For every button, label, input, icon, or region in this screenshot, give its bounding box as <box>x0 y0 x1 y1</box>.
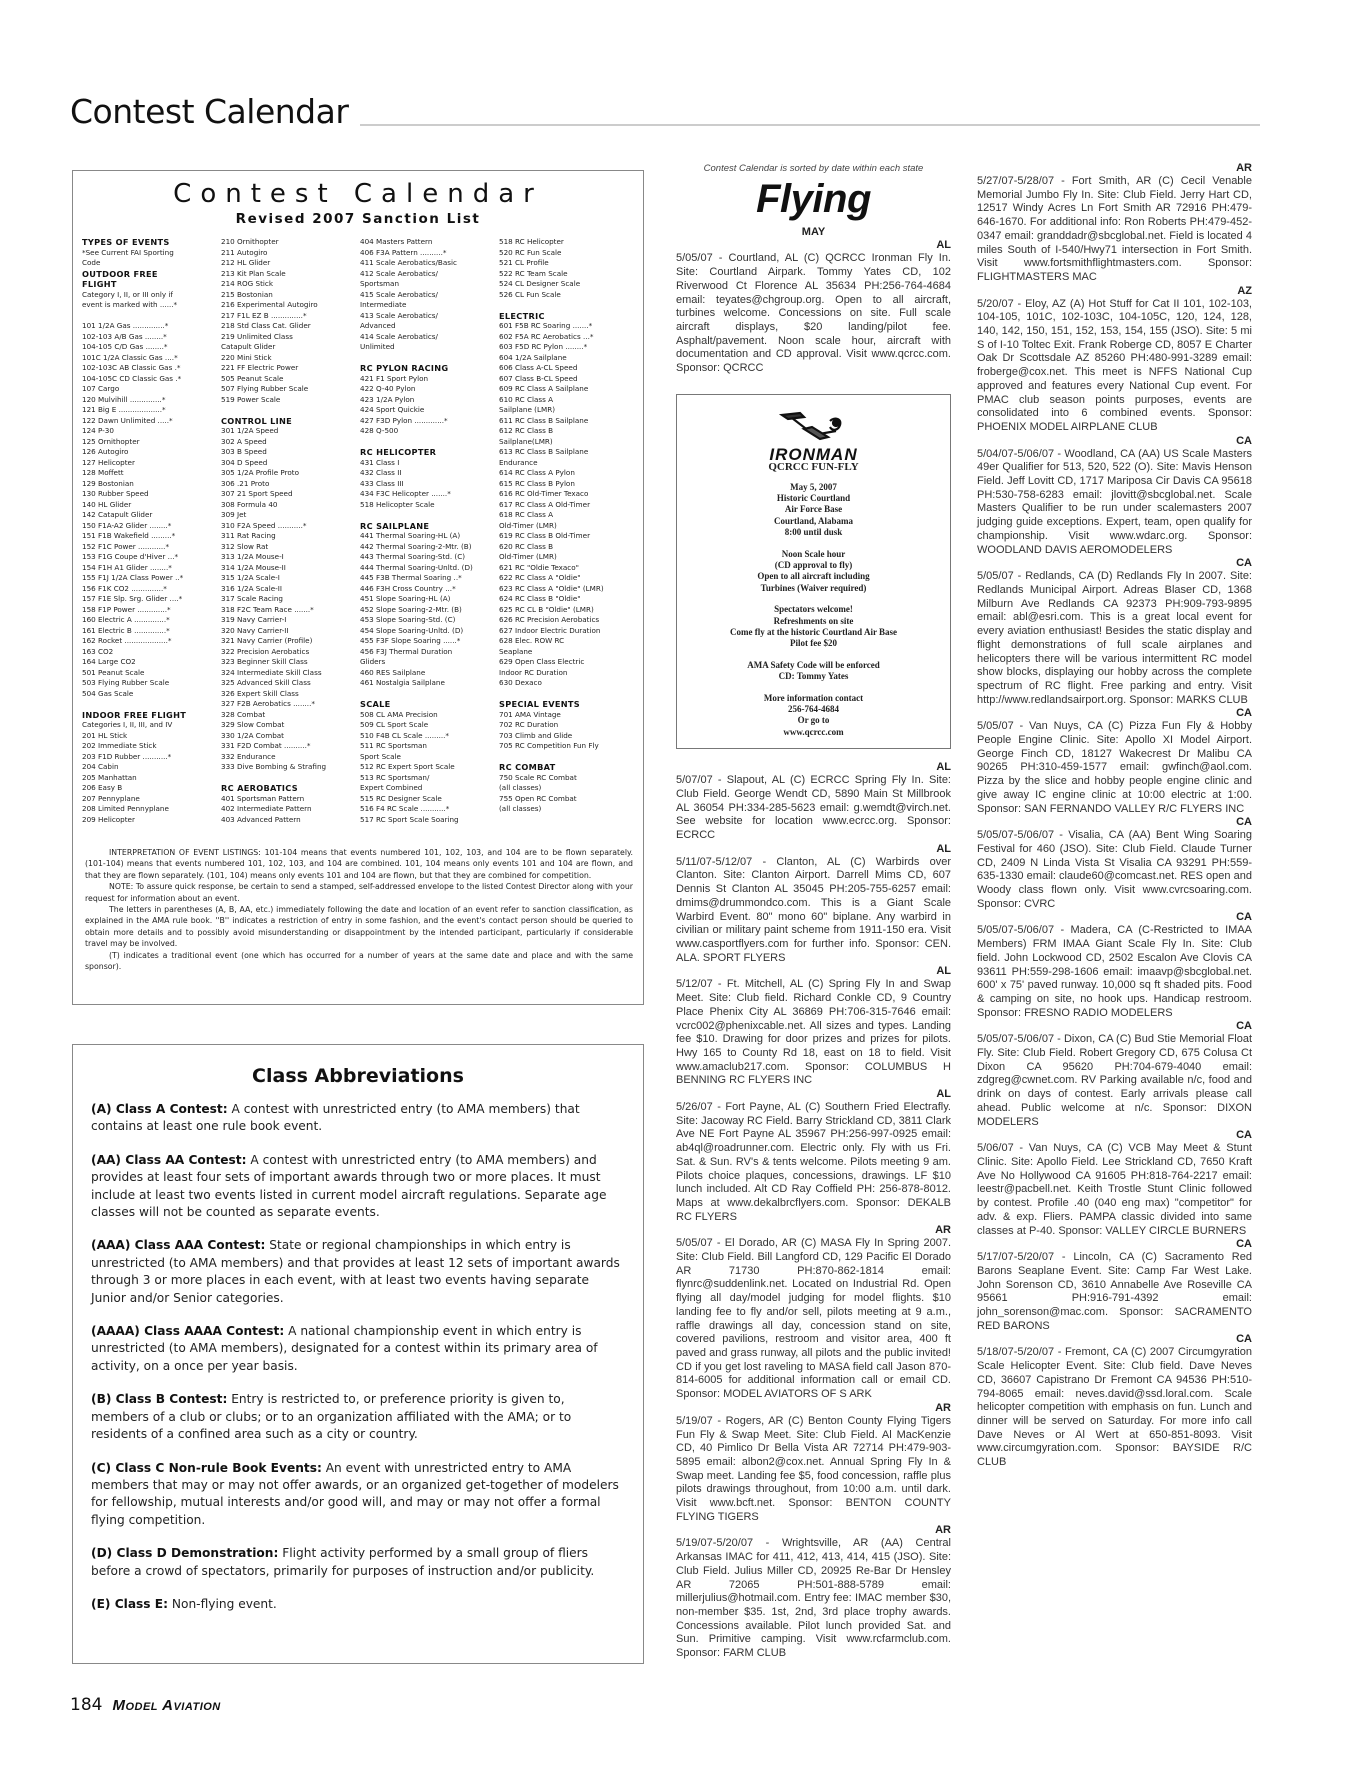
event-item: 217 F1L EZ B ..............* <box>221 311 356 322</box>
event-item: Unlimited <box>360 342 495 353</box>
ad-line: 256-764-4684 <box>683 704 944 715</box>
class-abbreviations-title: Class Abbreviations <box>91 1065 625 1087</box>
class-term: (C) Class C Non-rule Book Events: <box>91 1461 322 1475</box>
event-item: Sailplane(LMR) <box>499 437 634 448</box>
event-item: 156 F1K CO2 ..............* <box>82 584 217 595</box>
event-category-heading: RC AEROBATICS <box>221 783 356 794</box>
event-item: 203 F1D Rubber ...........* <box>82 752 217 763</box>
state-label: CA <box>977 816 1252 829</box>
event-item: 331 F2D Combat ..........* <box>221 741 356 752</box>
page-footer: 184 Model Aviation <box>70 1695 221 1715</box>
event-item: 305 1/2A Profile Proto <box>221 468 356 479</box>
event-item: 512 RC Expert Sport Scale <box>360 762 495 773</box>
event-item: 501 Peanut Scale <box>82 668 217 679</box>
sanction-column: 518 RC Helicopter520 RC Fun Scale521 CL … <box>499 237 638 825</box>
event-item: 615 RC Class B Pylon <box>499 479 634 490</box>
event-item: 316 1/2A Scale-II <box>221 584 356 595</box>
event-item: 319 Navy Carrier-I <box>221 615 356 626</box>
event-item: 427 F3D Pylon .............* <box>360 416 495 427</box>
contest-listing: 5/05/07 - Van Nuys, CA (C) Pizza Fun Fly… <box>977 720 1252 816</box>
event-item: (all classes) <box>499 804 634 815</box>
event-item: Sailplane (LMR) <box>499 405 634 416</box>
ad-line: Courtland, Alabama <box>683 516 944 527</box>
listings-column-middle: Contest Calendar is sorted by date withi… <box>676 162 951 1661</box>
event-item: 607 Class B-CL Speed <box>499 374 634 385</box>
event-item: Old-Timer (LMR) <box>499 552 634 563</box>
event-item: 213 Kit Plan Scale <box>221 269 356 280</box>
state-label: AR <box>977 162 1252 175</box>
event-item: 524 CL Designer Scale <box>499 279 634 290</box>
event-item: Intermediate <box>360 300 495 311</box>
event-item: 454 Slope Soaring-Unltd. (D) <box>360 626 495 637</box>
event-item: 122 Dawn Unlimited .....* <box>82 416 217 427</box>
event-item: 309 Jet <box>221 510 356 521</box>
event-item: 628 Elec. ROW RC <box>499 636 634 647</box>
ad-block: May 5, 2007Historic CourtlandAir Force B… <box>683 482 944 539</box>
contest-listing: 5/07/07 - Slapout, AL (C) ECRCC Spring F… <box>676 774 951 843</box>
event-item: 140 HL Glider <box>82 500 217 511</box>
event-item: 215 Bostonian <box>221 290 356 301</box>
event-category-heading: RC SAILPLANE <box>360 521 495 532</box>
sanction-list-box: Contest Calendar Revised 2007 Sanction L… <box>72 170 644 1005</box>
event-item: 453 Slope Soaring-Std. (C) <box>360 615 495 626</box>
spacer <box>499 300 634 311</box>
state-label: AL <box>676 843 951 856</box>
page-title: Contest Calendar <box>70 92 348 131</box>
event-item: 442 Thermal Soaring-2-Mtr. (B) <box>360 542 495 553</box>
event-item: 627 Indoor Electric Duration <box>499 626 634 637</box>
event-item: 330 1/2A Combat <box>221 731 356 742</box>
class-definition: (E) Class E: Non-flying event. <box>91 1596 625 1613</box>
event-item: 327 F2B Aerobatics ........* <box>221 699 356 710</box>
event-item: 412 Scale Aerobatics/ <box>360 269 495 280</box>
event-item: 510 F4B CL Scale .........* <box>360 731 495 742</box>
contest-listing: 5/06/07 - Van Nuys, CA (C) VCB May Meet … <box>977 1142 1252 1238</box>
contest-listing: 5/05/07 - Courtland, AL (C) QCRCC Ironma… <box>676 252 951 375</box>
class-term: (AA) Class AA Contest: <box>91 1153 247 1167</box>
event-item: 503 Flying Rubber Scale <box>82 678 217 689</box>
state-label: AL <box>676 239 951 252</box>
state-label: AL <box>676 761 951 774</box>
event-item: Expert Combined <box>360 783 495 794</box>
magazine-name: Model Aviation <box>112 1697 220 1714</box>
ad-line: CD: Tommy Yates <box>683 671 944 682</box>
event-item: 163 CO2 <box>82 647 217 658</box>
spacer <box>221 773 356 784</box>
event-item: 606 Class A-CL Speed <box>499 363 634 374</box>
class-definition: (AAA) Class AAA Contest: State or region… <box>91 1237 625 1307</box>
contest-listing: 5/19/07-5/20/07 - Wrightsville, AR (AA) … <box>676 1537 951 1660</box>
event-item: 212 HL Glider <box>221 258 356 269</box>
event-item: 102-103 A/B Gas ........* <box>82 332 217 343</box>
state-label: CA <box>977 1020 1252 1033</box>
event-item: 155 F1J 1/2A Class Power ..* <box>82 573 217 584</box>
event-category-heading: SPECIAL EVENTS <box>499 699 634 710</box>
event-item: 705 RC Competition Fun Fly <box>499 741 634 752</box>
event-item: 446 F3H Cross Country ...* <box>360 584 495 595</box>
event-item: 211 Autogiro <box>221 248 356 259</box>
event-item: Gliders <box>360 657 495 668</box>
event-item: 151 F1B Wakefield .........* <box>82 531 217 542</box>
airplane-icon <box>774 409 854 443</box>
event-item: 517 RC Sport Scale Soaring <box>360 815 495 826</box>
event-item: 509 CL Sport Scale <box>360 720 495 731</box>
event-item: 164 Large CO2 <box>82 657 217 668</box>
event-item: 511 RC Sportsman <box>360 741 495 752</box>
event-item: 150 F1A-A2 Glider ........* <box>82 521 217 532</box>
contest-listing: 5/26/07 - Fort Payne, AL (C) Southern Fr… <box>676 1101 951 1224</box>
sorted-note: Contest Calendar is sorted by date withi… <box>676 162 951 176</box>
event-item: Catapult Glider <box>221 342 356 353</box>
ironman-ad: IRONMAN QCRCC FUN-FLY May 5, 2007Histori… <box>676 394 951 750</box>
event-category-heading: ELECTRIC <box>499 311 634 322</box>
spacer <box>360 353 495 364</box>
event-item: 326 Expert Skill Class <box>221 689 356 700</box>
ad-line: Or go to <box>683 715 944 726</box>
event-item: 415 Scale Aerobatics/ <box>360 290 495 301</box>
spacer <box>360 437 495 448</box>
event-item: 452 Slope Soaring-2-Mtr. (B) <box>360 605 495 616</box>
event-item: 602 F5A RC Aerobatics ...* <box>499 332 634 343</box>
sanction-column: TYPES OF EVENTS*See Current FAI Sporting… <box>82 237 221 825</box>
event-category-heading: OUTDOOR FREE <box>82 269 217 280</box>
class-term: (D) Class D Demonstration: <box>91 1546 278 1560</box>
sanction-list-title: Contest Calendar <box>73 179 643 209</box>
event-item: 519 Power Scale <box>221 395 356 406</box>
ad-line: Turbines (Waiver required) <box>683 583 944 594</box>
ad-title: IRONMAN <box>683 449 944 460</box>
state-label: AR <box>676 1224 951 1237</box>
event-item: 625 RC CL B "Oldie" (LMR) <box>499 605 634 616</box>
event-item: 413 Scale Aerobatics/ <box>360 311 495 322</box>
section-title: Flying <box>676 176 951 222</box>
event-item: 161 Electric B ..............* <box>82 626 217 637</box>
class-abbreviations-list: (A) Class A Contest: A contest with unre… <box>91 1101 625 1613</box>
event-item: Seaplane <box>499 647 634 658</box>
event-item: 101C 1/2A Classic Gas ....* <box>82 353 217 364</box>
class-description: Non-flying event. <box>168 1597 277 1611</box>
event-item: 124 P-30 <box>82 426 217 437</box>
event-item: 321 Navy Carrier (Profile) <box>221 636 356 647</box>
event-item: 515 RC Designer Scale <box>360 794 495 805</box>
event-item: 206 Easy B <box>82 783 217 794</box>
spacer <box>499 752 634 763</box>
ad-block: Noon Scale hour(CD approval to fly)Open … <box>683 549 944 595</box>
event-item: 505 Peanut Scale <box>221 374 356 385</box>
event-item: 220 Mini Stick <box>221 353 356 364</box>
event-item: Sportsman <box>360 279 495 290</box>
event-item: 302 A Speed <box>221 437 356 448</box>
event-item: 320 Navy Carrier-II <box>221 626 356 637</box>
event-item: 219 Unlimited Class <box>221 332 356 343</box>
event-item: 609 RC Class A Sailplane <box>499 384 634 395</box>
event-item: 504 Gas Scale <box>82 689 217 700</box>
class-definition: (A) Class A Contest: A contest with unre… <box>91 1101 625 1136</box>
contest-listing: 5/05/07-5/06/07 - Visalia, CA (AA) Bent … <box>977 829 1252 911</box>
event-item: 604 1/2A Sailplane <box>499 353 634 364</box>
class-term: (E) Class E: <box>91 1597 168 1611</box>
event-item: Indoor RC Duration <box>499 668 634 679</box>
state-label: AR <box>676 1524 951 1537</box>
event-item: 623 RC Class A "Oldie" (LMR) <box>499 584 634 595</box>
event-item: 204 Cabin <box>82 762 217 773</box>
note-paragraph: NOTE: To assure quick response, be certa… <box>85 881 633 904</box>
state-label: AZ <box>977 285 1252 298</box>
event-item: 304 D Speed <box>221 458 356 469</box>
ad-line: Refreshments on site <box>683 616 944 627</box>
ad-line: AMA Safety Code will be enforced <box>683 660 944 671</box>
state-label: CA <box>977 911 1252 924</box>
event-item: 406 F3A Pattern ..........* <box>360 248 495 259</box>
event-item: 317 Scale Racing <box>221 594 356 605</box>
class-definition: (AA) Class AA Contest: A contest with un… <box>91 1152 625 1222</box>
state-label: CA <box>977 1129 1252 1142</box>
class-term: (A) Class A Contest: <box>91 1102 228 1116</box>
event-item: 518 RC Helicopter <box>499 237 634 248</box>
class-definition: (B) Class B Contest: Entry is restricted… <box>91 1391 625 1443</box>
page-number: 184 <box>70 1695 102 1715</box>
ad-line: Come fly at the historic Courtland Air B… <box>683 627 944 638</box>
event-item: 455 F3F Slope Soaring ......* <box>360 636 495 647</box>
contest-listing: 5/18/07-5/20/07 - Fremont, CA (C) 2007 C… <box>977 1346 1252 1469</box>
listings-column-right: AR5/27/07-5/28/07 - Fort Smith, AR (C) C… <box>977 162 1252 1470</box>
contest-listing: 5/20/07 - Eloy, AZ (A) Hot Stuff for Cat… <box>977 298 1252 435</box>
event-item: 516 F4 RC Scale ...........* <box>360 804 495 815</box>
contest-listing: 5/11/07-5/12/07 - Clanton, AL (C) Warbir… <box>676 856 951 966</box>
event-item: 629 Open Class Electric <box>499 657 634 668</box>
event-item: (all classes) <box>499 783 634 794</box>
sanction-list-columns: TYPES OF EVENTS*See Current FAI Sporting… <box>82 237 638 825</box>
event-item: 618 RC Class A <box>499 510 634 521</box>
event-item: 128 Moffett <box>82 468 217 479</box>
contest-listing: 5/05/07 - El Dorado, AR (C) MASA Fly In … <box>676 1237 951 1401</box>
contest-listing: 5/12/07 - Ft. Mitchell, AL (C) Spring Fl… <box>676 978 951 1088</box>
event-item: 201 HL Stick <box>82 731 217 742</box>
event-item: 630 Dexaco <box>499 678 634 689</box>
class-term: (AAAA) Class AAAA Contest: <box>91 1324 284 1338</box>
event-item: 614 RC Class A Pylon <box>499 468 634 479</box>
ad-block: Spectators welcome!Refreshments on siteC… <box>683 604 944 650</box>
ad-line: (CD approval to fly) <box>683 560 944 571</box>
event-item: 121 Big E ...................* <box>82 405 217 416</box>
spacer <box>499 689 634 700</box>
event-item: 207 Pennyplane <box>82 794 217 805</box>
event-item: 520 RC Fun Scale <box>499 248 634 259</box>
event-item: 613 RC Class B Sailplane <box>499 447 634 458</box>
event-item: 703 Climb and Glide <box>499 731 634 742</box>
event-item: 428 Q-500 <box>360 426 495 437</box>
ad-line: Air Force Base <box>683 504 944 515</box>
contest-listing: 5/05/07-5/06/07 - Madera, CA (C-Restrict… <box>977 924 1252 1020</box>
event-item: 303 B Speed <box>221 447 356 458</box>
contest-listing: 5/27/07-5/28/07 - Fort Smith, AR (C) Cec… <box>977 175 1252 285</box>
ad-line: More information contact <box>683 693 944 704</box>
event-item: 626 RC Precision Aerobatics <box>499 615 634 626</box>
event-item: 403 Advanced Pattern <box>221 815 356 826</box>
event-item: 422 Q-40 Pylon <box>360 384 495 395</box>
ad-line: May 5, 2007 <box>683 482 944 493</box>
event-item: 616 RC Old-Timer Texaco <box>499 489 634 500</box>
event-item: 312 Slow Rat <box>221 542 356 553</box>
event-item: 205 Manhattan <box>82 773 217 784</box>
event-category-heading: CONTROL LINE <box>221 416 356 427</box>
event-item: 526 CL Fun Scale <box>499 290 634 301</box>
event-item: 423 1/2A Pylon <box>360 395 495 406</box>
event-item: 443 Thermal Soaring-Std. (C) <box>360 552 495 563</box>
event-item: 421 F1 Sport Pylon <box>360 374 495 385</box>
event-item: Code <box>82 258 217 269</box>
event-item: 411 Scale Aerobatics/Basic <box>360 258 495 269</box>
ad-line: www.qcrcc.com <box>683 727 944 738</box>
event-item: 620 RC Class B <box>499 542 634 553</box>
event-item: 310 F2A Speed ...........* <box>221 521 356 532</box>
event-item: 460 RES Sailplane <box>360 668 495 679</box>
event-item: 315 1/2A Scale-I <box>221 573 356 584</box>
spacer <box>221 405 356 416</box>
sanction-list-subtitle: Revised 2007 Sanction List <box>73 211 643 227</box>
month-heading: MAY <box>676 226 951 240</box>
event-item: 434 F3C Helicopter .......* <box>360 489 495 500</box>
traditional-paragraph: (T) indicates a traditional event (one w… <box>85 950 633 973</box>
event-item: 507 Flying Rubber Scale <box>221 384 356 395</box>
event-item: 311 Rat Racing <box>221 531 356 542</box>
event-item: 214 ROG Stick <box>221 279 356 290</box>
event-item: 306 .21 Proto <box>221 479 356 490</box>
event-item: 624 RC Class B "Oldie" <box>499 594 634 605</box>
event-item: 328 Combat <box>221 710 356 721</box>
state-label: CA <box>977 1333 1252 1346</box>
spacer <box>82 311 217 322</box>
event-item: 513 RC Sportsman/ <box>360 773 495 784</box>
event-item: *See Current FAI Sporting <box>82 248 217 259</box>
event-item: 210 Ornithopter <box>221 237 356 248</box>
event-item: 601 F5B RC Soaring .......* <box>499 321 634 332</box>
letters-paragraph: The letters in parentheses (A, B, AA, et… <box>85 904 633 950</box>
ad-line: Pilot fee $20 <box>683 638 944 649</box>
spacer <box>360 689 495 700</box>
event-item: 433 Class III <box>360 479 495 490</box>
event-item: 702 RC Duration <box>499 720 634 731</box>
event-item: event is marked with ......* <box>82 300 217 311</box>
event-category-heading: SCALE <box>360 699 495 710</box>
ad-line: Historic Courtland <box>683 493 944 504</box>
event-item: 129 Bostonian <box>82 479 217 490</box>
event-item: Endurance <box>499 458 634 469</box>
event-item: 104-105C CD Classic Gas .* <box>82 374 217 385</box>
contest-listing: 5/04/07-5/06/07 - Woodland, CA (AA) US S… <box>977 448 1252 558</box>
state-label: CA <box>977 707 1252 720</box>
state-label: AL <box>676 1088 951 1101</box>
event-item: 424 Sport Quickie <box>360 405 495 416</box>
event-item: 104-105 C/D Gas ........* <box>82 342 217 353</box>
event-item: 402 Intermediate Pattern <box>221 804 356 815</box>
state-label: CA <box>977 435 1252 448</box>
event-item: 333 Dive Bombing & Strafing <box>221 762 356 773</box>
event-category-heading: RC COMBAT <box>499 762 634 773</box>
event-category-heading: RC HELICOPTER <box>360 447 495 458</box>
interpretation-paragraph: INTERPRETATION OF EVENT LISTINGS: 101-10… <box>85 847 633 881</box>
contest-listing: 5/19/07 - Rogers, AR (C) Benton County F… <box>676 1415 951 1525</box>
ad-subtitle: QCRCC FUN-FLY <box>683 462 944 473</box>
event-item: 521 CL Profile <box>499 258 634 269</box>
event-item: 209 Helicopter <box>82 815 217 826</box>
event-item: 401 Sportsman Pattern <box>221 794 356 805</box>
event-item: 755 Open RC Combat <box>499 794 634 805</box>
event-item: 508 CL AMA Precision <box>360 710 495 721</box>
class-definition: (AAAA) Class AAAA Contest: A national ch… <box>91 1323 625 1375</box>
contest-listing: 5/05/07 - Redlands, CA (D) Redlands Fly … <box>977 570 1252 707</box>
event-item: 610 RC Class A <box>499 395 634 406</box>
class-term: (B) Class B Contest: <box>91 1392 227 1406</box>
ad-line: Open to all aircraft including <box>683 571 944 582</box>
event-item: 619 RC Class B Old-Timer <box>499 531 634 542</box>
event-item: 750 Scale RC Combat <box>499 773 634 784</box>
event-item: 441 Thermal Soaring-HL (A) <box>360 531 495 542</box>
event-item: 329 Slow Combat <box>221 720 356 731</box>
event-item: 325 Advanced Skill Class <box>221 678 356 689</box>
event-item: 102-103C AB Classic Gas .* <box>82 363 217 374</box>
event-item: 404 Masters Pattern <box>360 237 495 248</box>
state-label: AR <box>676 1402 951 1415</box>
listing-group: AL5/07/07 - Slapout, AL (C) ECRCC Spring… <box>676 761 951 1660</box>
event-item: Category I, II, or III only if <box>82 290 217 301</box>
event-category-heading: INDOOR FREE FLIGHT <box>82 710 217 721</box>
ad-line: Spectators welcome! <box>683 604 944 615</box>
event-item: 431 Class I <box>360 458 495 469</box>
state-label: AL <box>676 965 951 978</box>
ad-block: AMA Safety Code will be enforcedCD: Tomm… <box>683 660 944 683</box>
event-item: 444 Thermal Soaring-Unltd. (D) <box>360 563 495 574</box>
title-divider <box>360 124 1260 126</box>
event-item: 142 Catapult Glider <box>82 510 217 521</box>
event-item: 617 RC Class A Old-Timer <box>499 500 634 511</box>
event-item: 152 F1C Power ............* <box>82 542 217 553</box>
event-item: 621 RC "Oldie Texaco" <box>499 563 634 574</box>
class-term: (AAA) Class AAA Contest: <box>91 1238 265 1252</box>
event-item: 101 1/2A Gas ..............* <box>82 321 217 332</box>
event-item: 127 Helicopter <box>82 458 217 469</box>
event-item: 120 Mulvihill ..............* <box>82 395 217 406</box>
event-item: 126 Autogiro <box>82 447 217 458</box>
event-item: Old-Timer (LMR) <box>499 521 634 532</box>
event-item: Sport Scale <box>360 752 495 763</box>
event-item: 332 Endurance <box>221 752 356 763</box>
event-item: 461 Nostalgia Sailplane <box>360 678 495 689</box>
event-item: 612 RC Class B <box>499 426 634 437</box>
event-item: 432 Class II <box>360 468 495 479</box>
event-item: 158 F1P Power .............* <box>82 605 217 616</box>
event-item: 157 F1E Slp. Srg. Glider ....* <box>82 594 217 605</box>
event-item: 314 1/2A Mouse-II <box>221 563 356 574</box>
class-definition: (C) Class C Non-rule Book Events: An eve… <box>91 1460 625 1530</box>
contest-listing: 5/05/07-5/06/07 - Dixon, CA (C) Bud Stie… <box>977 1033 1252 1129</box>
event-item: 451 Slope Soaring-HL (A) <box>360 594 495 605</box>
sanction-column: 210 Ornithopter211 Autogiro212 HL Glider… <box>221 237 360 825</box>
event-item: 522 RC Team Scale <box>499 269 634 280</box>
event-item: 202 Immediate Stick <box>82 741 217 752</box>
event-item: 603 F5D RC Pylon ........* <box>499 342 634 353</box>
class-definition: (D) Class D Demonstration: Flight activi… <box>91 1545 625 1580</box>
class-abbreviations-box: Class Abbreviations (A) Class A Contest:… <box>72 1044 644 1664</box>
event-item: Categories I, II, III, and IV <box>82 720 217 731</box>
ad-block: More information contact256-764-4684Or g… <box>683 693 944 739</box>
event-item: 216 Experimental Autogiro <box>221 300 356 311</box>
event-item: 221 FF Electric Power <box>221 363 356 374</box>
event-item: 130 Rubber Speed <box>82 489 217 500</box>
event-item: 414 Scale Aerobatics/ <box>360 332 495 343</box>
event-item: 518 Helicopter Scale <box>360 500 495 511</box>
event-category-heading: RC PYLON RACING <box>360 363 495 374</box>
